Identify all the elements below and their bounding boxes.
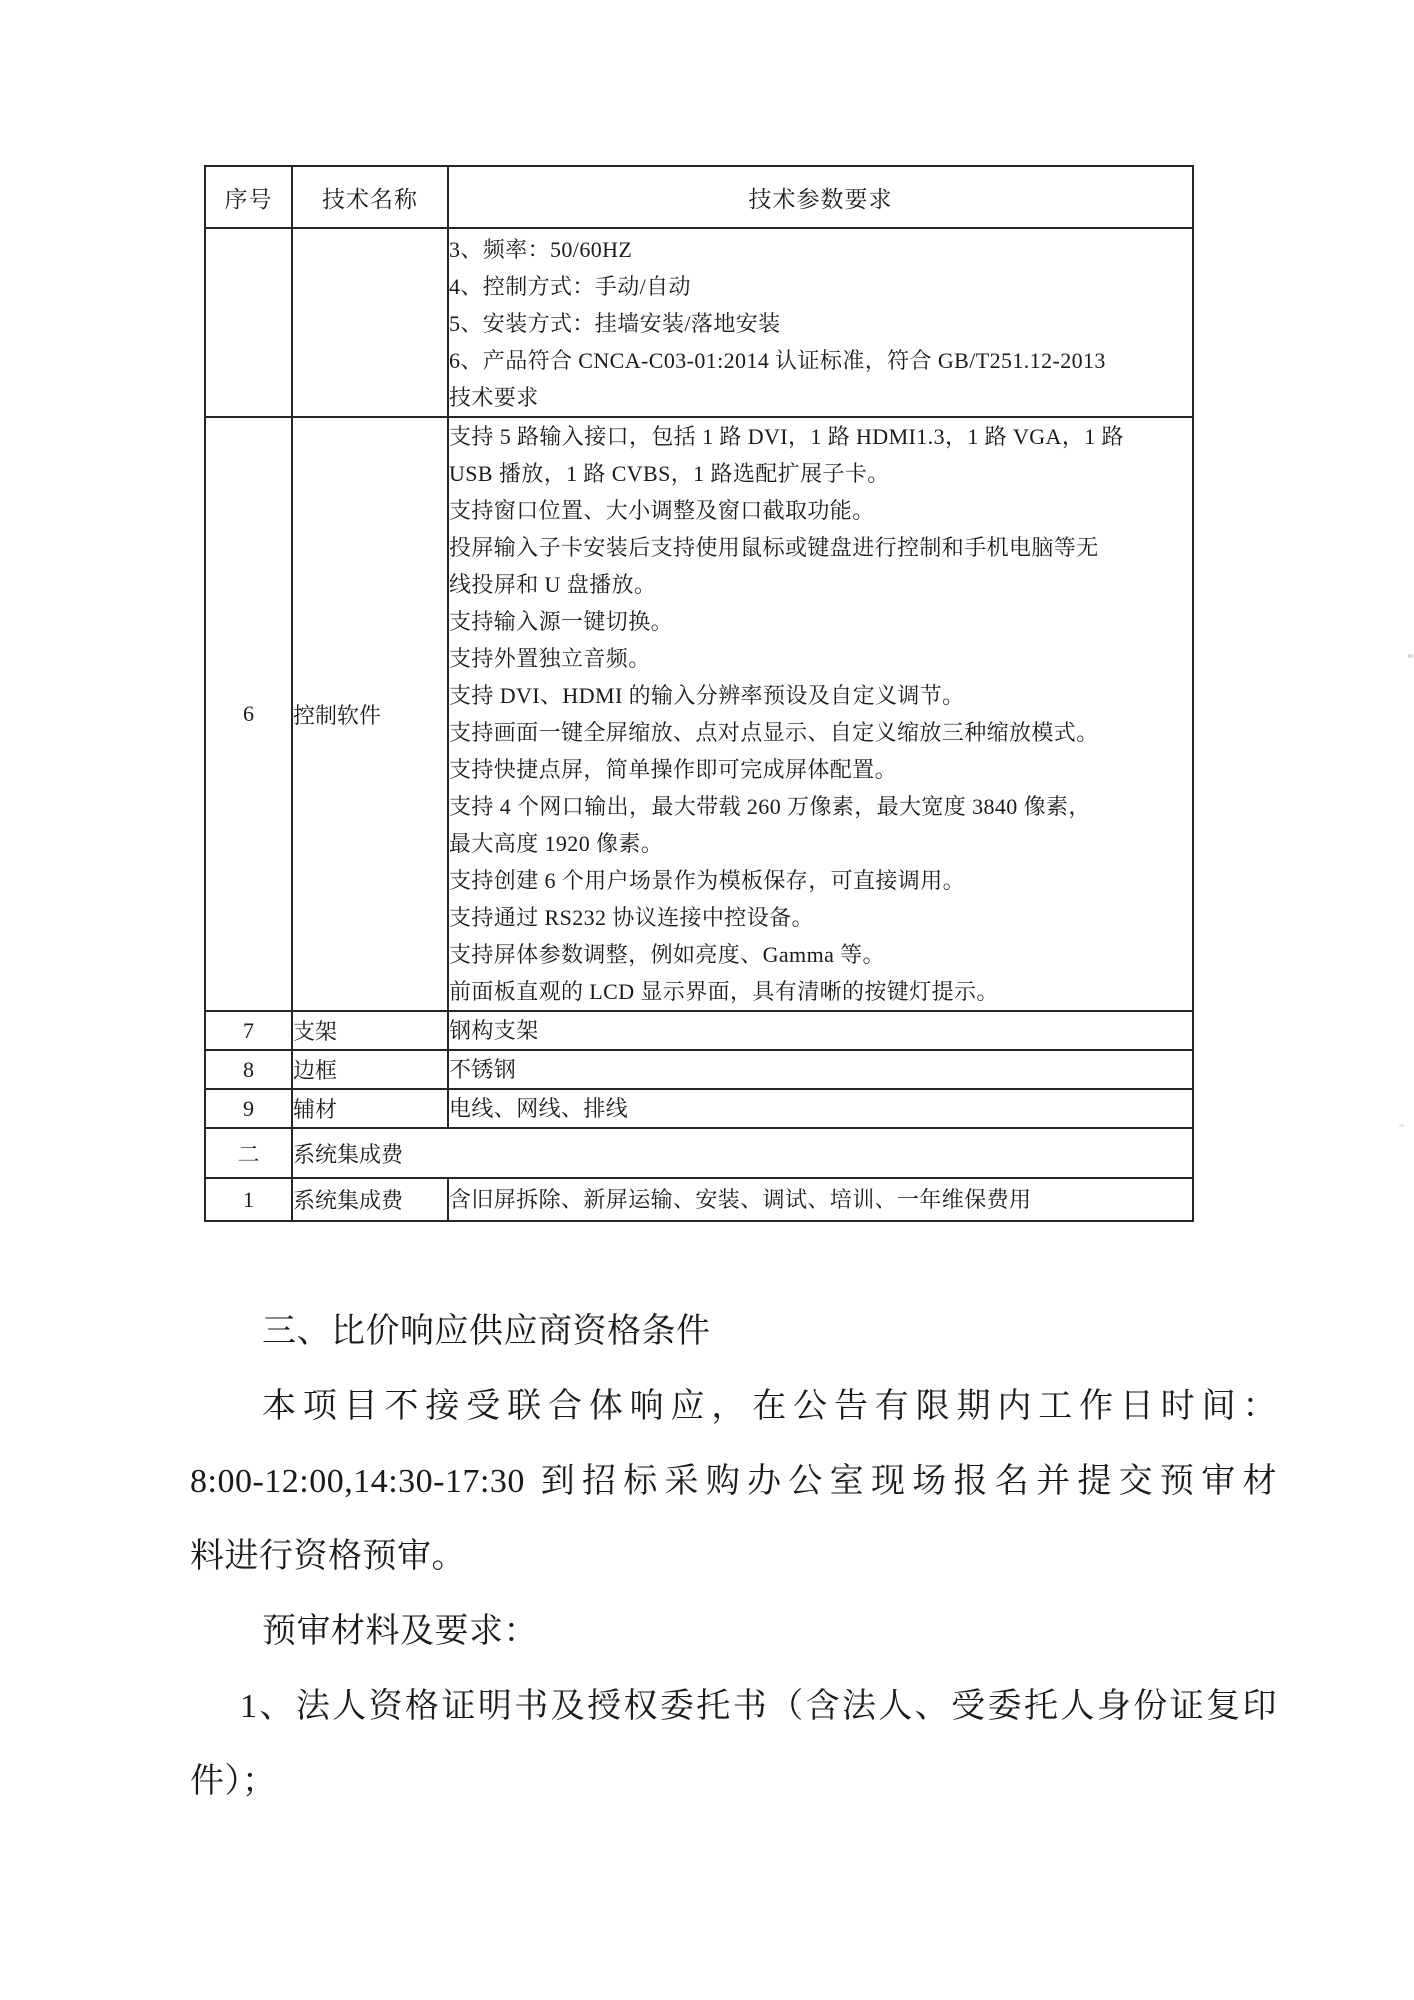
section-heading: 三、比价响应供应商资格条件 [190, 1294, 1277, 1369]
param-line: 电线、网线、排线 [449, 1090, 1192, 1127]
body-line: 本项目不接受联合体响应，在公告有限期内工作日时间： [190, 1369, 1277, 1444]
param-line: 6、产品符合 CNCA-C03-01:2014 认证标准，符合 GB/T251.… [449, 342, 1192, 379]
cell-name: 系统集成费 [292, 1178, 448, 1221]
scan-speck [1408, 654, 1413, 658]
cell-params: 电线、网线、排线 [448, 1089, 1193, 1128]
body-line: 预审材料及要求： [190, 1594, 1277, 1669]
cell-no: 1 [205, 1178, 292, 1221]
cell-no: 6 [205, 417, 292, 1011]
cell-params: 钢构支架 [448, 1011, 1193, 1050]
param-line: 支持画面一键全屏缩放、点对点显示、自定义缩放三种缩放模式。 [449, 714, 1192, 751]
param-line: 钢构支架 [449, 1012, 1192, 1049]
param-line: 支持快捷点屏，简单操作即可完成屏体配置。 [449, 751, 1192, 788]
cell-name: 边框 [292, 1050, 448, 1089]
param-line: 最大高度 1920 像素。 [449, 825, 1192, 862]
param-line: 线投屏和 U 盘播放。 [449, 566, 1192, 603]
cell-name: 辅材 [292, 1089, 448, 1128]
param-line: 技术要求 [449, 379, 1192, 416]
cell-no: 9 [205, 1089, 292, 1128]
param-line: 不锈钢 [449, 1051, 1192, 1088]
param-line: 5、安装方式：挂墙安装/落地安装 [449, 305, 1192, 342]
table-row-materials: 9 辅材 电线、网线、排线 [205, 1089, 1193, 1128]
table-row-section-two: 二 系统集成费 [205, 1128, 1193, 1178]
param-line: 支持外置独立音频。 [449, 640, 1192, 677]
param-line: 含旧屏拆除、新屏运输、安装、调试、培训、一年维保费用 [449, 1181, 1192, 1218]
cell-params: 含旧屏拆除、新屏运输、安装、调试、培训、一年维保费用 [448, 1178, 1193, 1221]
param-line: 支持窗口位置、大小调整及窗口截取功能。 [449, 492, 1192, 529]
document-page: 序号 技术名称 技术参数要求 3、频率：50/60HZ4、控制方式：手动/自动5… [0, 0, 1414, 2000]
header-cell-params: 技术参数要求 [448, 166, 1193, 228]
table-row-bracket: 7 支架 钢构支架 [205, 1011, 1193, 1050]
cell-no: 8 [205, 1050, 292, 1089]
cell-no: 7 [205, 1011, 292, 1050]
scan-speck [1399, 1124, 1404, 1127]
cell-name: 支架 [292, 1011, 448, 1050]
param-line: 投屏输入子卡安装后支持使用鼠标或键盘进行控制和手机电脑等无 [449, 529, 1192, 566]
header-cell-name: 技术名称 [292, 166, 448, 228]
table-row-frame: 8 边框 不锈钢 [205, 1050, 1193, 1089]
table-header-row: 序号 技术名称 技术参数要求 [205, 166, 1193, 228]
body-line: 料进行资格预审。 [190, 1519, 1277, 1594]
cell-name [292, 228, 448, 417]
param-line: 支持输入源一键切换。 [449, 603, 1192, 640]
param-line: 支持 DVI、HDMI 的输入分辨率预设及自定义调节。 [449, 677, 1192, 714]
body-text: 三、比价响应供应商资格条件 本项目不接受联合体响应，在公告有限期内工作日时间： … [190, 1294, 1277, 1819]
table-row-integration-fee: 1 系统集成费 含旧屏拆除、新屏运输、安装、调试、培训、一年维保费用 [205, 1178, 1193, 1221]
param-line: 支持创建 6 个用户场景作为模板保存，可直接调用。 [449, 862, 1192, 899]
param-line: 3、频率：50/60HZ [449, 231, 1192, 268]
cell-name: 控制软件 [292, 417, 448, 1011]
table-row-continued: 3、频率：50/60HZ4、控制方式：手动/自动5、安装方式：挂墙安装/落地安装… [205, 228, 1193, 417]
param-line: 支持 4 个网口输出，最大带载 260 万像素，最大宽度 3840 像素， [449, 788, 1192, 825]
param-line: USB 播放，1 路 CVBS，1 路选配扩展子卡。 [449, 455, 1192, 492]
body-line: 件）； [190, 1744, 1277, 1819]
param-line: 支持屏体参数调整，例如亮度、Gamma 等。 [449, 936, 1192, 973]
cell-params: 3、频率：50/60HZ4、控制方式：手动/自动5、安装方式：挂墙安装/落地安装… [448, 228, 1193, 417]
cell-no: 二 [205, 1128, 292, 1178]
param-line: 4、控制方式：手动/自动 [449, 268, 1192, 305]
cell-params: 不锈钢 [448, 1050, 1193, 1089]
header-cell-no: 序号 [205, 166, 292, 228]
body-line: 8:00-12:00,14:30-17:30 到招标采购办公室现场报名并提交预审… [190, 1444, 1277, 1519]
cell-name-merged: 系统集成费 [292, 1128, 1193, 1178]
param-line: 前面板直观的 LCD 显示界面，具有清晰的按键灯提示。 [449, 973, 1192, 1010]
cell-params: 支持 5 路输入接口，包括 1 路 DVI，1 路 HDMI1.3，1 路 VG… [448, 417, 1193, 1011]
param-line: 支持 5 路输入接口，包括 1 路 DVI，1 路 HDMI1.3，1 路 VG… [449, 418, 1192, 455]
cell-no [205, 228, 292, 417]
spec-table: 序号 技术名称 技术参数要求 3、频率：50/60HZ4、控制方式：手动/自动5… [204, 165, 1194, 1222]
table-row-control-software: 6 控制软件 支持 5 路输入接口，包括 1 路 DVI，1 路 HDMI1.3… [205, 417, 1193, 1011]
body-line: 1、法人资格证明书及授权委托书（含法人、受委托人身份证复印 [190, 1669, 1277, 1744]
param-line: 支持通过 RS232 协议连接中控设备。 [449, 899, 1192, 936]
